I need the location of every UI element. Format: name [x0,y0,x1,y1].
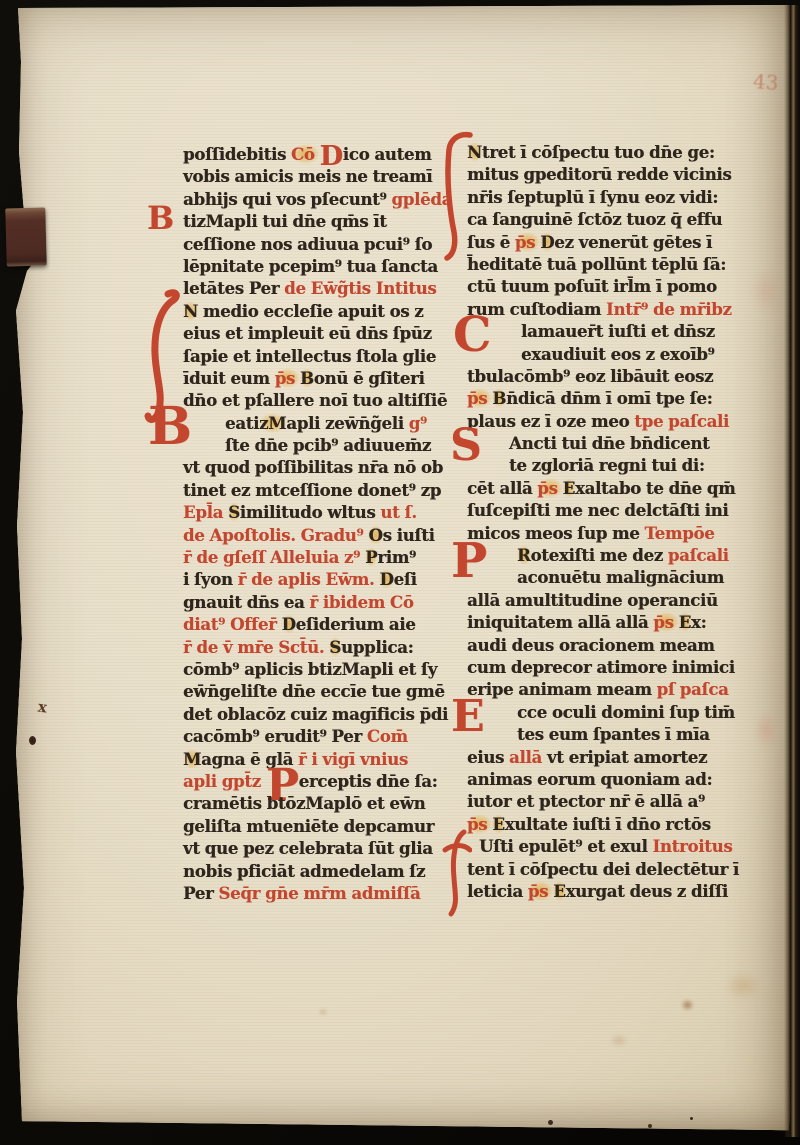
rubric-text: r̄ de gſeſſ Alleluia z⁹ [183,547,365,567]
body-text: det oblacōz cuiz magīficis p̄di [183,704,448,724]
text-line: iutor et ptector nr̄ ē allā a⁹ [467,790,769,812]
text-line: ew̄n̄geliſte dn̄e eccīe tue gmē [183,680,461,702]
text-line: vt quod poſſibilitas nr̄a nō ob [183,456,461,478]
text-line: apli gpt̄z Perceptis dn̄e ſa: [183,770,461,792]
text-line: ca ſanguinē ſctōz tuoz q̄ effu [467,208,769,230]
body-text: tent ī cōſpectu dei delectētur ī [467,859,739,879]
rubric-text: Cō [291,144,320,164]
text-line: ceſſione nos adiuua pcui⁹ ſo [183,233,461,255]
body-text: ceſſione nos adiuua pcui⁹ ſo [183,234,432,254]
text-line: Epl̄a Similitudo wltus ut ſ. [183,501,461,523]
rubric-text: apli gpt̄z [183,771,266,791]
body-text: iniquitatem allā allā [467,612,653,632]
text-line: N medio eccleſie apuit os z [183,300,461,322]
body-text: N [183,301,198,321]
body-text: E [679,612,691,632]
body-text: ſte dn̄e pcib⁹ adiuuem̄z [225,435,431,455]
text-line: iniquitatem allā allā p̄s Ex: [467,611,769,633]
text-line: nobis pficiāt admedelam ſz [183,860,461,882]
text-line: tes eum ſpantes ī mīa [467,723,769,745]
body-text: aconuētu malignācium [517,567,724,587]
body-text: Uſti epulēt⁹ et exul [479,836,652,856]
text-line: dn̄o et pſallere noī tuo altiſſiē [183,389,461,411]
text-line: letātes Per de Ew̄g̃tis Intitus [183,277,461,299]
body-text: dn̄o et pſallere noī tuo altiſſiē [183,390,447,410]
text-line: te zgloriā regni tui di: [467,454,769,476]
manuscript-scan: poſſidebitis Cō Dico autemvobis amicis m… [0,0,800,1145]
body-text: nobis pficiāt admedelam ſz [183,861,425,881]
body-text: S [329,637,341,657]
text-line: r̄ de v̄ mr̄e Sct̄ū. Supplica: [183,636,461,658]
body-text: mitus gpeditorū redde vicinis [467,164,731,184]
text-line: lēpnitate pcepim⁹ tua ſancta [183,255,461,277]
rubric-text: p̄s [467,388,492,408]
body-text: xurgat deus z diſſi [566,881,728,901]
body-text: M [183,749,201,769]
text-line: i ſyon r̄ de aplis Ew̄m. Deſi [183,568,461,590]
body-text: cum deprecor atimore inimici [467,657,735,677]
text-line: vt que pez celebrata ſūt glia [183,837,461,859]
body-text: xaltabo te dn̄e qm̄ [575,478,735,498]
body-text: ew̄n̄geliſte dn̄e eccīe tue gmē [183,681,445,701]
text-line: ſuſcepiſti me nec delctāſti ini [467,499,769,521]
body-text: E [553,881,565,901]
text-line: Per Seq̄r gn̄e mr̄m admiſſā [183,882,461,904]
rubric-text: g⁹ [409,413,427,433]
rubric-text: ut ſ. [380,502,416,522]
body-text: micos meos ſup me [467,523,645,543]
text-line: Magna ē glā r̄ i vigī vnius [183,748,461,770]
body-text: ſapie et intellectus ſtola glie [183,346,436,366]
left-text-column: poſſidebitis Cō Dico autemvobis amicis m… [183,143,461,904]
body-text: ez venerūt gētes ī [554,232,712,252]
body-text: O [368,525,382,545]
body-text: cce oculi domini ſup tim̄ [517,702,735,722]
body-text: D [540,232,554,252]
text-line: tinet ez mtceſſione donet⁹ zp [183,479,461,501]
body-text: n̄dicā dn̄m ī omī tpe ſe: [506,388,712,408]
text-line: Ntret ī cōſpectu tuo dn̄e ge: [467,141,769,163]
body-text: vt quod poſſibilitas nr̄a nō ob [183,457,443,477]
body-text: B [300,368,314,388]
body-text: x: [691,612,706,632]
body-text: iutor et ptector nr̄ ē allā a⁹ [467,791,705,811]
text-line: ſapie et intellectus ſtola glie [183,345,461,367]
text-line: gnauit dn̄s ea r̄ ibidem Cō [183,591,461,613]
body-text: ſuſcepiſti me nec delctāſti ini [467,500,728,520]
book-page-edges [784,5,800,1137]
body-text: ctū tuum poſuīt irl̄m ī pomo [467,276,717,296]
body-text: cacōmb⁹ erudit⁹ Per [183,726,367,746]
body-text: Ancti tui dn̄e bn̄dicent [509,433,709,453]
body-text: B [492,388,506,408]
body-text: imilitudo wltus [240,502,381,522]
text-line: cce oculi domini ſup tim̄ [467,701,769,723]
text-line: ſus ē p̄s Dez venerūt gētes ī [467,231,769,253]
text-line: p̄s Bn̄dicā dn̄m ī omī tpe ſe: [467,387,769,409]
body-text: eſiderium aie [296,614,416,634]
body-text: D [379,569,393,589]
rubric-text: tpe paſcali [634,411,729,431]
text-line: vobis amicis meis ne treamī [183,165,461,187]
text-line: tbulacōmb⁹ eoz libāuit eosz [467,365,769,387]
body-text: vobis amicis meis ne treamī [183,166,432,186]
illuminated-initial-S: S [450,426,481,466]
rubric-text: r̄ de aplis Ew̄m. [238,569,380,589]
text-line: Rotexiſti me dez paſcali [467,544,769,566]
body-text: leticia [467,881,528,901]
body-text: otexiſti me dez [531,545,668,565]
body-text: abhijs qui vos pſecunt⁹ [183,189,391,209]
text-line: cum deprecor atimore inimici [467,656,769,678]
body-text: cōmb⁹ aplicis btizMapli et ſy [183,659,437,679]
body-text: Per [183,883,218,903]
folio-number: 43 [752,69,779,95]
illuminated-initial-E: E [451,697,484,737]
text-line: eripe animam meam pſ paſca [467,678,769,700]
text-line: ſte dn̄e pcib⁹ adiuuem̄z [183,434,461,456]
text-line: rum cuſtodiam Intr̄⁹ de mr̄ibz [467,298,769,320]
rubric-text: paſcali [668,545,729,565]
body-text: onū ē gſiteri [314,368,425,388]
body-text: medio eccleſie apuit os z [198,301,424,321]
body-text: E [563,478,575,498]
illuminated-initial-I [442,827,472,919]
rubric-text: Epl̄a [183,502,228,522]
body-text: letātes Per [183,278,284,298]
text-line: lamauer̄t iuſti et dn̄sz [467,320,769,342]
text-line: cēt allā p̄s Exaltabo te dn̄e qm̄ [467,477,769,499]
text-line: cōmb⁹ aplicis btizMapli et ſy [183,658,461,680]
body-text: eſi [394,569,417,589]
rubric-text: Com̄ [367,726,408,746]
rubric-text: Intr̄⁹ de mr̄ibz [606,299,732,319]
text-line: r̄ de gſeſſ Alleluia z⁹ Prim⁹ [183,546,461,568]
body-text: tizMapli tui dn̄e qm̄s īt [183,211,387,231]
body-text: S [228,502,240,522]
text-line: p̄s Exultate iuſti ī dn̄o rctōs [467,813,769,835]
rubric-text: p̄s [515,232,540,252]
body-text: geliſta mtueniēte depcamur [183,816,434,836]
body-text: vt eripiat amortez [547,747,707,767]
rubric-text: pſ paſca [657,679,729,699]
rubric-text: p̄s [653,612,678,632]
text-line: geliſta mtueniēte depcamur [183,815,461,837]
text-line: cramētis btōzMaplō et ew̄n [183,792,461,814]
leather-bookmark-tab-icon [5,207,47,266]
text-line: allā amultitudine operanciū [467,589,769,611]
text-line: Uſti epulēt⁹ et exul Introitus [467,835,769,857]
text-line: leticia p̄s Exurgat deus z diſſi [467,880,769,902]
right-text-column: Ntret ī cōſpectu tuo dn̄e ge:mitus gpedi… [467,141,769,902]
body-text: lamauer̄t iuſti et dn̄sz [521,321,715,341]
body-text: tes eum ſpantes ī mīa [517,724,710,744]
body-text: apli zew̄n̄g̃eli [286,413,408,433]
body-text: vt que pez celebrata ſūt glia [183,838,433,858]
rubric-text: Tempōe [645,523,715,543]
body-text: allā amultitudine operanciū [467,590,718,610]
text-line: tent ī cōſpectu dei delectētur ī [467,858,769,880]
body-text: nr̄is ſeptuplū ī ſynu eoz vidi: [467,187,718,207]
illuminated-initial-P: P [451,540,487,583]
rubric-text: p̄s [537,478,562,498]
body-text: s iuſti [383,525,435,545]
text-line: eius allā vt eripiat amortez [467,746,769,768]
text-line: eatizMapli zew̄n̄g̃eli g⁹ [183,412,461,434]
text-line: cacōmb⁹ erudit⁹ Per Com̄ [183,725,461,747]
body-text: i ſyon [183,569,238,589]
text-line: īduit eum p̄s Bonū ē gſiteri [183,367,461,389]
illuminated-initial-B: B [148,404,192,451]
text-line: diat⁹ Offer̄ Deſiderium aie [183,613,461,635]
text-line: plaus ez ī oze meo tpe paſcali [467,410,769,432]
illuminated-initial-B: B [147,204,174,233]
body-text: animas eorum quoniam ad: [467,769,712,789]
body-text: audi deus oracionem meam [467,635,715,655]
body-text: lēpnitate pcepim⁹ tua ſancta [183,256,438,276]
body-text: E [492,814,504,834]
body-text: eati [225,413,259,433]
rubric-text: p̄s [275,368,300,388]
rubric-text: r̄ de v̄ mr̄e Sct̄ū. [183,637,329,657]
body-text: eius et impleuit eū dn̄s ſpūz [183,323,432,343]
body-text: tbulacōmb⁹ eoz libāuit eosz [467,366,713,386]
body-text: upplica: [341,637,413,657]
body-text: D [282,614,296,634]
text-line: micos meos ſup me Tempōe [467,522,769,544]
rubric-text: p̄s [528,881,553,901]
body-text: R [517,545,531,565]
ink-blot [29,736,36,745]
body-text: plaus ez ī oze meo [467,411,634,431]
body-text: ſus ē [467,232,515,252]
text-line: mitus gpeditorū redde vicinis [467,163,769,185]
text-line: Ancti tui dn̄e bn̄dicent [467,432,769,454]
body-text: īduit eum [183,368,275,388]
body-text: ico autem [343,144,432,164]
rubric-text: r̄ i vigī vnius [298,749,408,769]
body-text: exaudiuit eos z exoīb⁹ [521,344,715,364]
text-line: abhijs qui vos pſecunt⁹ gplēda [183,188,461,210]
body-text: rim⁹ [377,547,416,567]
text-line: exaudiuit eos z exoīb⁹ [467,343,769,365]
rubric-text: Introitus [652,836,732,856]
body-text: te zgloriā regni tui di: [509,455,705,475]
body-text: P [365,547,377,567]
rubric-text: diat⁹ Offer̄ [183,614,282,634]
body-text: tinet ez mtceſſione donet⁹ zp [183,480,441,500]
rubric-text: de Apoſtolis. Gradu⁹ [183,525,368,545]
text-line: animas eorum quoniam ad: [467,768,769,790]
text-line: eius et impleuit eū dn̄s ſpūz [183,322,461,344]
rubric-text: r̄ ibidem Cō [309,592,413,612]
body-text: tret ī cōſpectu tuo dn̄e ge: [482,142,715,162]
text-line: de Apoſtolis. Gradu⁹ Os iuſti [183,524,461,546]
text-line: poſſidebitis Cō Dico autem [183,143,461,165]
body-text: h̄editatē tuā pollūnt tēplū ſā: [467,254,726,274]
body-text: ca ſanguinē ſctōz tuoz q̄ effu [467,209,722,229]
text-line: aconuētu malignācium [467,566,769,588]
rubric-text: de Ew̄g̃tis Intitus [284,278,436,298]
body-text: cēt allā [467,478,537,498]
text-line: audi deus oracionem meam [467,634,769,656]
body-text: gnauit dn̄s ea [183,592,309,612]
body-text: zM [259,413,286,433]
body-text: cramētis btōzMaplō et ew̄n [183,793,425,813]
text-line: tizMapli tui dn̄e qm̄s īt [183,210,461,232]
rubric-text: allā [509,747,547,767]
text-line: ctū tuum poſuīt irl̄m ī pomo [467,275,769,297]
text-line: nr̄is ſeptuplū ī ſynu eoz vidi: [467,186,769,208]
text-line: h̄editatē tuā pollūnt tēplū ſā: [467,253,769,275]
illuminated-initial-C: C [453,314,491,357]
body-text: erceptis dn̄e ſa: [299,771,438,791]
body-text: eius [467,747,509,767]
illuminated-initial-I [440,131,474,263]
body-text: eripe animam meam [467,679,657,699]
body-text: poſſidebitis [183,144,291,164]
text-line: det oblacōz cuiz magīficis p̄di [183,703,461,725]
body-text: xultate iuſti ī dn̄o rctōs [505,814,711,834]
rubric-text: Seq̄r gn̄e mr̄m admiſſā [218,883,420,903]
